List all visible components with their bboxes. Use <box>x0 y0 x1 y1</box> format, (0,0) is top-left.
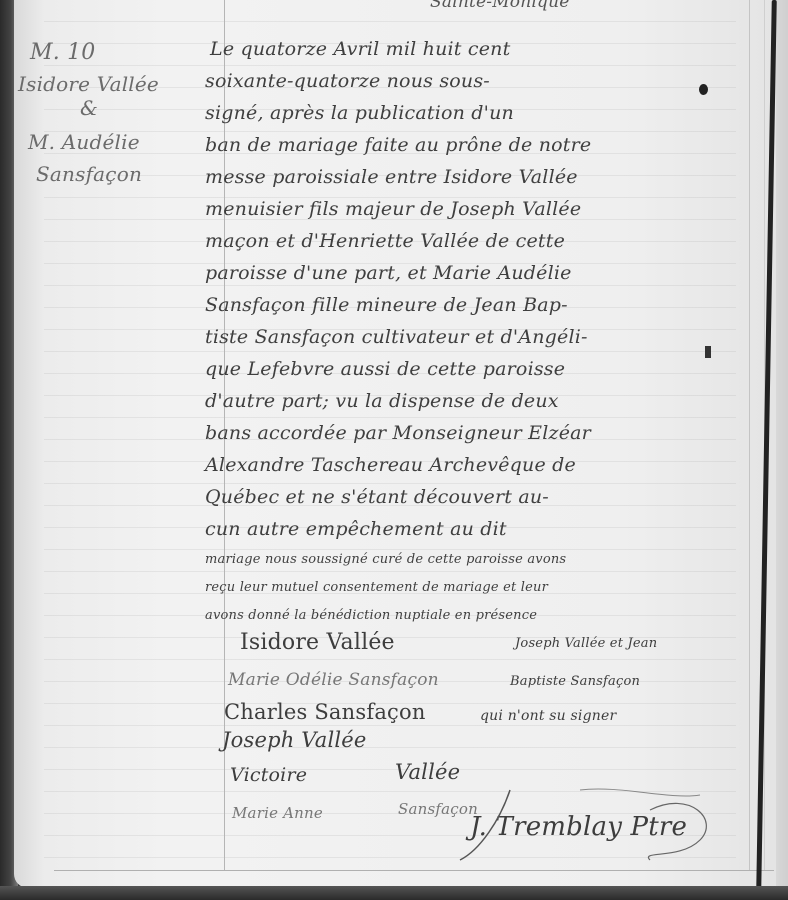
signature-bride: Marie Odélie Sansfaçon <box>228 670 439 690</box>
body-line: Sansfaçon fille mineure de Jean Bap- <box>205 294 568 316</box>
book-bottom-edge <box>0 886 788 900</box>
body-line: Le quatorze Avril mil huit cent <box>210 38 510 60</box>
ink-blot <box>699 84 708 95</box>
signature-victoire: Victoire <box>230 764 307 786</box>
body-line: cun autre empêchement au dit <box>205 518 507 540</box>
page-heading: Sainte-Monique <box>430 0 570 12</box>
entry-number: M. 10 <box>30 40 96 65</box>
bottom-rule <box>54 870 774 871</box>
illiterate-note: qui n'ont su signer <box>480 708 616 724</box>
priest-signature-flourish <box>420 780 740 870</box>
body-line: d'autre part; vu la dispense de deux <box>205 390 559 412</box>
signature-groom: Isidore Vallée <box>240 630 395 655</box>
body-line: avons donné la bénédiction nuptiale en p… <box>205 608 537 623</box>
signature-charles: Charles Sansfaçon <box>224 700 426 724</box>
body-line: mariage nous soussigné curé de cette par… <box>205 552 566 567</box>
witness-baptiste: Baptiste Sansfaçon <box>510 674 640 689</box>
margin-groom-name: Isidore Vallée <box>18 72 159 96</box>
body-line: messe paroissiale entre Isidore Vallée <box>205 166 578 188</box>
signature-joseph: Joseph Vallée <box>222 728 367 752</box>
margin-marriage-symbol: & <box>80 96 98 120</box>
right-rule <box>749 0 750 870</box>
signature-marie-anne: Marie Anne <box>232 804 323 822</box>
body-line: menuisier fils majeur de Joseph Vallée <box>205 198 581 220</box>
body-line: reçu leur mutuel consentement de mariage… <box>205 580 548 595</box>
witness-joseph-jean: Joseph Vallée et Jean <box>515 636 657 651</box>
body-line: tiste Sansfaçon cultivateur et d'Angéli- <box>205 326 588 348</box>
body-line: signé, après la publication d'un <box>205 102 514 124</box>
margin-bride-first: M. Audélie <box>28 130 140 154</box>
body-line: maçon et d'Henriette Vallée de cette <box>205 230 565 252</box>
body-line: ban de mariage faite au prône de notre <box>205 134 591 156</box>
body-line: bans accordée par Monseigneur Elzéar <box>205 422 591 444</box>
margin-bride-last: Sansfaçon <box>36 162 142 186</box>
body-line: Québec et ne s'étant découvert au- <box>205 486 549 508</box>
body-line: Alexandre Taschereau Archevêque de <box>205 454 576 476</box>
body-line: soixante-quatorze nous sous- <box>205 70 490 92</box>
body-line: que Lefebvre aussi de cette paroisse <box>205 358 565 380</box>
body-line: paroisse d'une part, et Marie Audélie <box>205 262 572 284</box>
ink-mark <box>705 346 711 358</box>
